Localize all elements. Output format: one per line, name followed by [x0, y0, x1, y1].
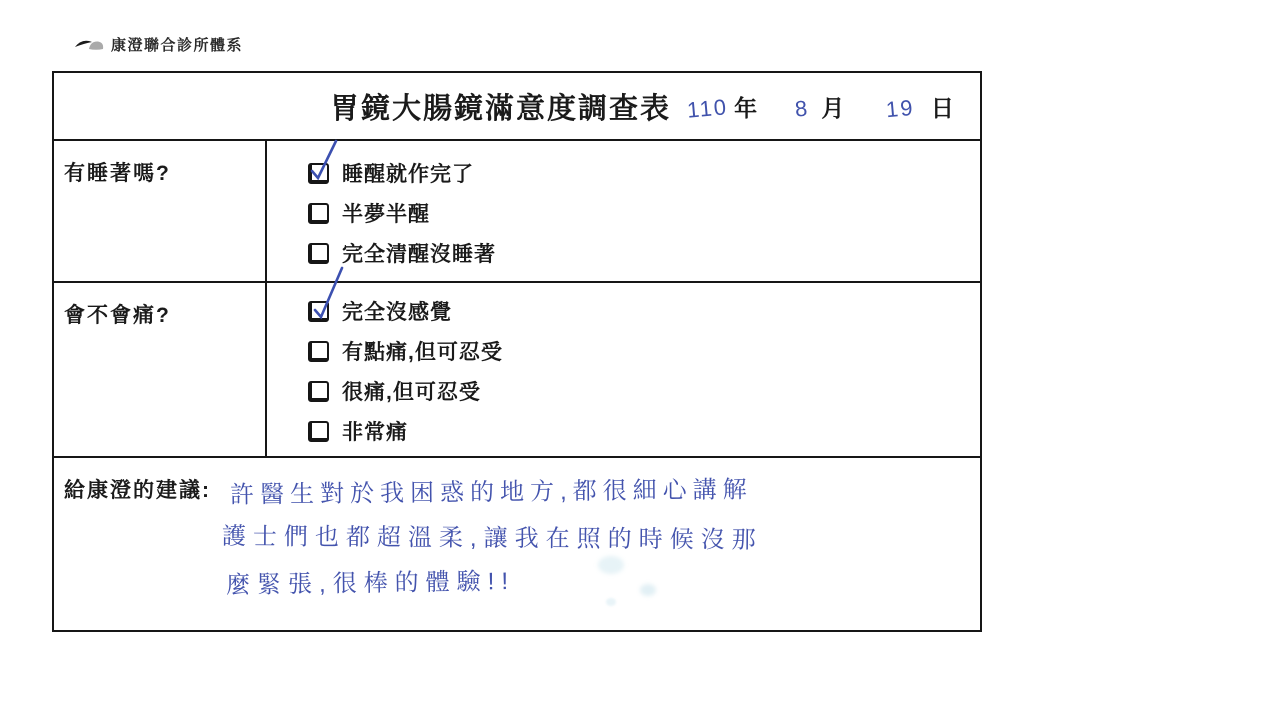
question-row-sleep: 有睡著嗎? 睡醒就作完了 半夢半醒 完全清醒沒睡著	[54, 141, 980, 283]
option-label: 很痛,但可忍受	[342, 376, 481, 406]
scanned-survey-form: 康澄聯合診所體系 胃鏡大腸鏡滿意度調查表 110 年 8 月 19 日 有睡著嗎…	[0, 0, 1280, 720]
option-row: 很痛,但可忍受	[308, 371, 980, 411]
checkbox[interactable]	[308, 341, 329, 362]
checkbox[interactable]	[308, 203, 329, 224]
question-row-pain: 會不會痛? 完全沒感覺 有點痛,但可忍受 很痛,但可忍受	[54, 283, 980, 458]
checkbox[interactable]	[308, 243, 329, 264]
clinic-logo: 康澄聯合診所體系	[75, 34, 243, 55]
checkbox[interactable]	[308, 421, 329, 442]
option-label: 非常痛	[342, 416, 408, 446]
form-title: 胃鏡大腸鏡滿意度調查表	[330, 86, 671, 127]
title-row: 胃鏡大腸鏡滿意度調查表 110 年 8 月 19 日	[54, 73, 980, 141]
question-options: 完全沒感覺 有點痛,但可忍受 很痛,但可忍受 非常痛	[267, 283, 980, 456]
checkmark-icon	[309, 138, 341, 184]
option-row: 半夢半醒	[308, 193, 980, 233]
option-row: 有點痛,但可忍受	[308, 331, 980, 371]
question-label: 會不會痛?	[54, 283, 267, 456]
option-label: 半夢半醒	[342, 198, 430, 228]
handwritten-line: 許醫生對於我困惑的地方,都很細心講解	[230, 469, 753, 509]
option-label: 完全沒感覺	[342, 296, 452, 326]
handwritten-line: 麼緊張,很棒的體驗!!	[226, 561, 515, 600]
option-label: 睡醒就作完了	[342, 158, 474, 188]
date-day-value: 19	[885, 94, 916, 122]
checkbox[interactable]	[308, 163, 329, 184]
checkbox[interactable]	[308, 301, 329, 322]
survey-table: 胃鏡大腸鏡滿意度調查表 110 年 8 月 19 日 有睡著嗎?	[52, 71, 982, 632]
suggestion-row: 給康澄的建議: 許醫生對於我困惑的地方,都很細心講解 護士們也都超溫柔,讓我在照…	[54, 458, 980, 630]
checkbox[interactable]	[308, 381, 329, 402]
option-label: 完全清醒沒睡著	[342, 238, 496, 268]
date-month-unit: 月	[821, 90, 844, 123]
date-day-unit: 日	[931, 90, 954, 123]
option-row: 完全清醒沒睡著	[308, 233, 980, 273]
option-row: 睡醒就作完了	[308, 153, 980, 193]
option-row: 非常痛	[308, 411, 980, 451]
question-options: 睡醒就作完了 半夢半醒 完全清醒沒睡著	[267, 141, 980, 281]
date-month-value: 8	[794, 95, 810, 122]
clinic-name: 康澄聯合診所體系	[111, 34, 243, 55]
suggestion-label: 給康澄的建議:	[64, 474, 211, 504]
date-year-unit: 年	[734, 90, 757, 123]
date-year-value: 110	[686, 94, 729, 123]
option-row: 完全沒感覺	[308, 291, 980, 331]
handwritten-line: 護士們也都超溫柔,讓我在照的時候沒那	[222, 516, 763, 555]
clinic-bird-logo-icon	[75, 37, 105, 53]
option-label: 有點痛,但可忍受	[342, 336, 503, 366]
question-label: 有睡著嗎?	[54, 141, 267, 281]
date-section: 110 年 8 月 19 日	[687, 90, 954, 123]
